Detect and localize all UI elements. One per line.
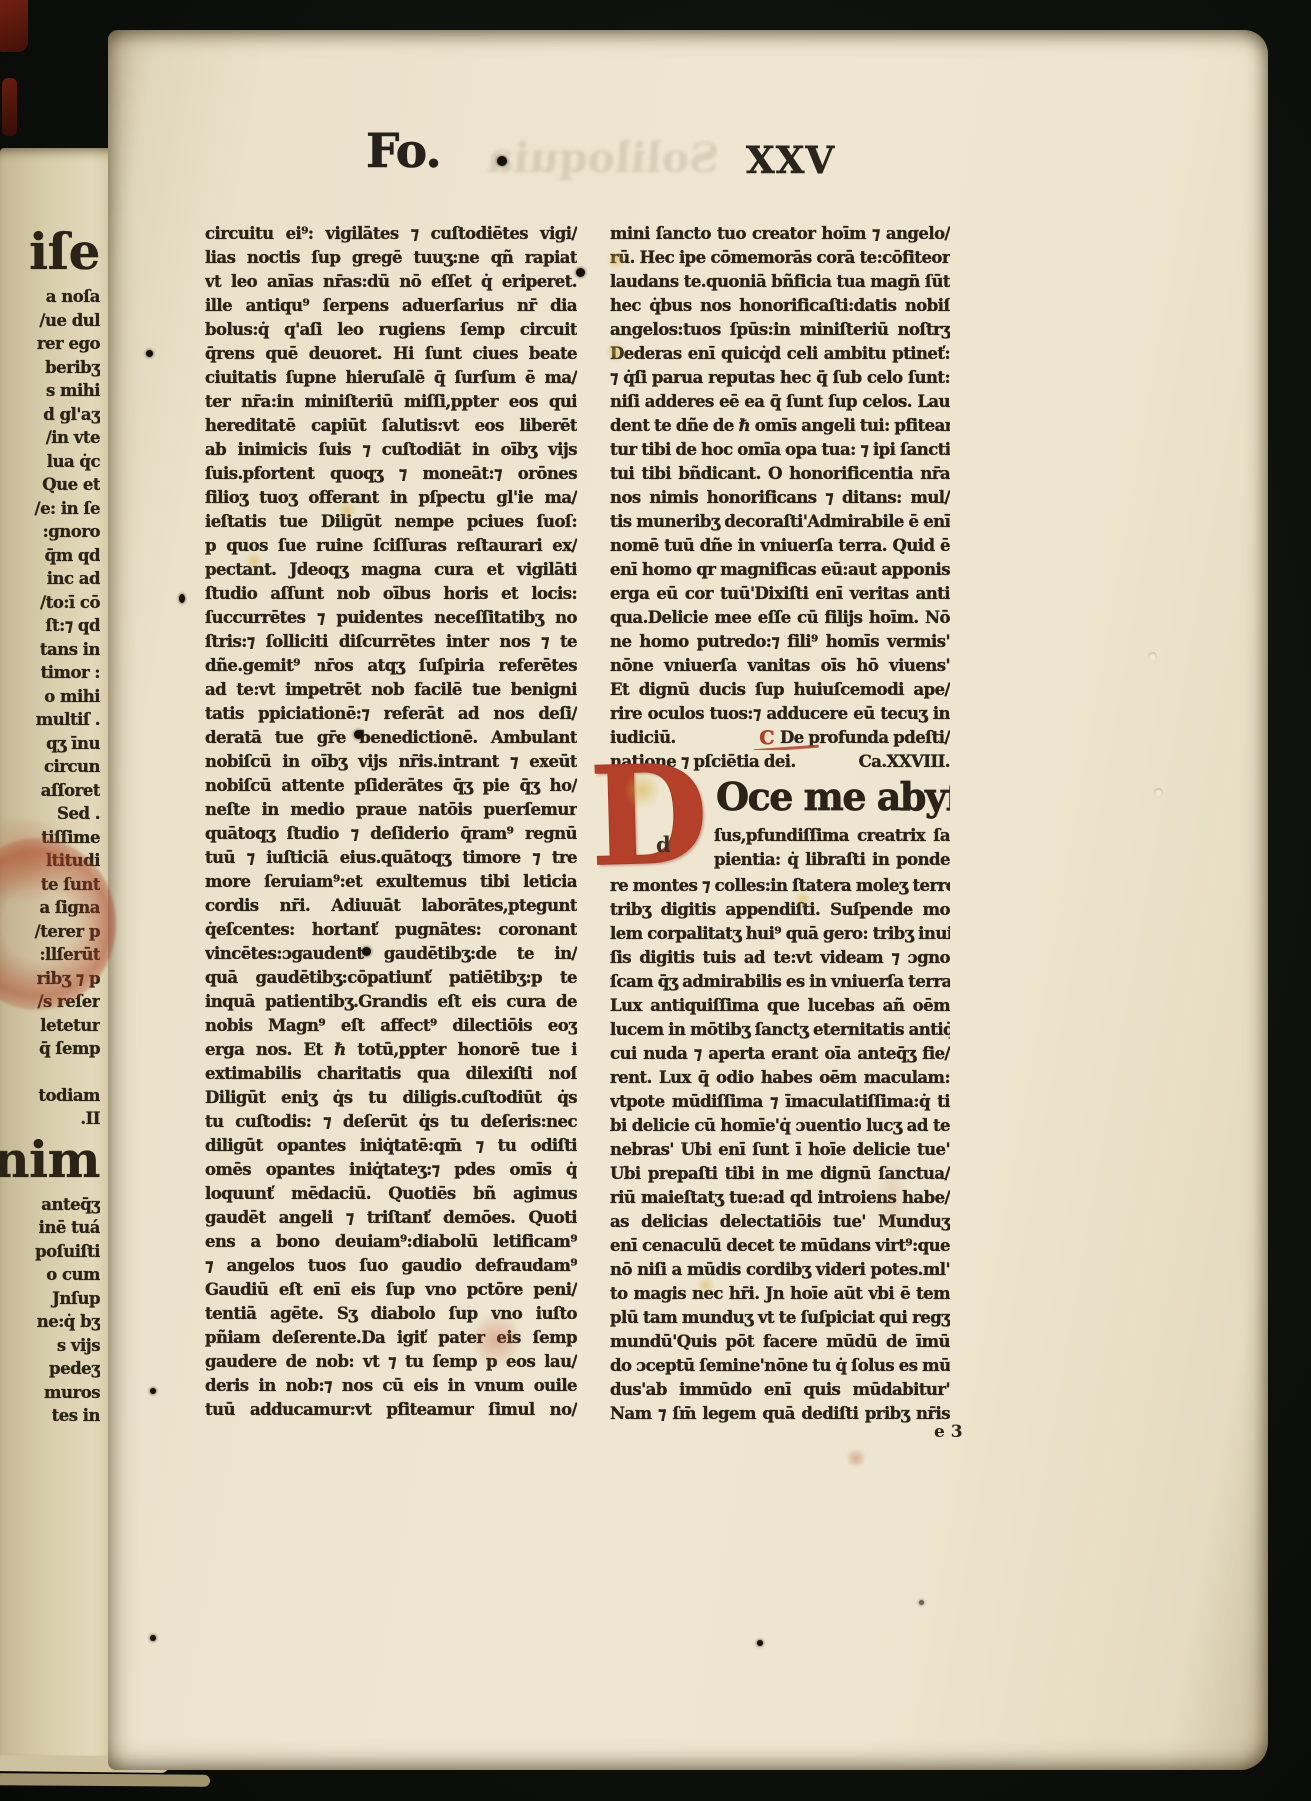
fragment-line: o mihi <box>0 685 100 709</box>
text-line: nō niſi a mūdis cordibʒ videri potes.ml' <box>610 1258 950 1282</box>
text-line: deratā tue gr̄e benedictionē. Ambulant <box>205 726 577 750</box>
text-line: rent. Lux q̄ odio habes oēm maculam: <box>610 1066 950 1090</box>
fragment-line: II. <box>0 1107 100 1131</box>
text-line: deris in nob:⁊ nos cū eis in vnum ouile <box>205 1374 577 1398</box>
yellow-wash-dab <box>246 552 262 570</box>
text-line: tur tibi de hoc omīa opa tua: ⁊ ipi ſanc… <box>610 438 950 462</box>
text-line: rire oculos tuos:⁊ adducere eū tecuʒ in <box>610 702 950 726</box>
text-column-right: mini ſancto tuo creator hoīm ⁊ angelo/rū… <box>610 222 950 1426</box>
text-line: loquunť mēdaciū. Quotiēs bñ agimus <box>205 1182 577 1206</box>
fragment-line: : timor <box>0 661 100 685</box>
text-line: dus'ab immūdo enī quis mūdabitur' <box>610 1378 950 1402</box>
text-line: as delicias delectatiōis tue' Munduʒ <box>610 1210 950 1234</box>
text-line: laudans te.quoniā bñficia tua magn̄ ſūt <box>610 270 950 294</box>
fragment-line: aſſoret <box>0 779 100 803</box>
yellow-wash-dab <box>698 1276 714 1294</box>
text-line: nobiſcū attente pſiderātes q̄ʒ pie q̄ʒ h… <box>205 774 577 798</box>
fragment-lines: anteq̄ʒinē tuápoſuiſtio cumJnſupne:q̇ bʒ… <box>0 1193 100 1428</box>
wormhole <box>150 1388 156 1394</box>
text-line: angelos:tuos ſpūs:in miniſteriū noſtrʒ <box>610 318 950 342</box>
fragment-line: rer ego <box>0 332 100 356</box>
fragment-line: qʒ īnu <box>0 732 100 756</box>
fragment-line: q̄ ſemp <box>0 1037 100 1061</box>
text-line: nomē tuū dñe in vniuerſa terra. Quid ē <box>610 534 950 558</box>
fragment-line: beribʒ <box>0 356 100 380</box>
text-line: ne homo putredo:⁊ fili⁹ homīs vermis' <box>610 630 950 654</box>
text-line: to magis nec hr̄i. Jn hoīe aūt vbi ē tem <box>610 1282 950 1306</box>
wormhole <box>179 594 185 603</box>
paper-pit <box>1154 788 1163 797</box>
text-line: ⁊ q̇ſi parua reputas hec q̄ ſub celo ſun… <box>610 366 950 390</box>
text-line: quātoqʒ ſtudio ⁊ deſiderio q̄ram⁹ regnū <box>205 822 577 846</box>
text-line: Diligūt eniʒ q̇s tu diligis.cuſtodiūt q̇… <box>205 1086 577 1110</box>
text-line: ille antiqu⁹ ſerpens aduerſarius nr̄ dia <box>205 294 577 318</box>
text-line: lucem in mōtibʒ ſanctʒ eternitatis antiq… <box>610 1018 950 1042</box>
fragment-line: pedeʒ <box>0 1357 100 1381</box>
text-line: ſuccurrētes ⁊ puidentes neceſſitatibʒ no <box>205 606 577 630</box>
yellow-wash-dab <box>338 500 356 520</box>
fragment-heading: iſe <box>0 223 100 285</box>
wormhole <box>146 350 153 357</box>
text-line: erga eū cor tuū'Dixiſti enī veritas anti <box>610 582 950 606</box>
text-line: gaudere de nob: vt ⁊ tu ſemp p eos lau/ <box>205 1350 577 1374</box>
text-line: Dederas enī quicq̇d celi ambitu ptineť: <box>610 342 950 366</box>
fragment-line: anteq̄ʒ <box>0 1193 100 1217</box>
text-line: ad te:vt impetrēt nob facilē tue benigni <box>205 678 577 702</box>
fragment-line: ue dul/ <box>0 309 100 333</box>
yellow-wash-dab <box>625 770 659 810</box>
fragment-line: letetur <box>0 1014 100 1038</box>
text-line: ſuis.pfortent quoqʒ ⁊ moneāt:⁊ orōnes <box>205 462 577 486</box>
text-line: qua.Delicie mee eſſe cū filijs hoīm. Nō <box>610 606 950 630</box>
text-line: nos nimis honorificans ⁊ ditans: mul/ <box>610 486 950 510</box>
text-line: Gaudiū eſt enī eis ſup vno pctōre peni/ <box>205 1278 577 1302</box>
text-line: ſis digitis tuis ad te:vt videam ⁊ ɔgno <box>610 946 950 970</box>
book-photo-scene: iſe a noſaue dul/rer egoberibʒs mihid gl… <box>0 0 1311 1801</box>
text-line: ciuitatis ſupne hieruſalē q̄ ſurſum ē ma… <box>205 366 577 390</box>
text-line: p quos ſue ruine ſciſſuras reſtaurari ex… <box>205 534 577 558</box>
paper-pit <box>1148 652 1157 661</box>
text-line: vt leo anīas nr̄as:dū nō eſſet q̇ eriper… <box>205 270 577 294</box>
text-line: ſus,pfundiſſima creatrix ſa <box>714 824 950 848</box>
text-line: quā gaudētibʒ:cōpatiunť patiētibʒ:p te <box>205 966 577 990</box>
text-line: dñe.gemit⁹ nr̄os atqʒ ſuſpiria referētes <box>205 654 577 678</box>
fragment-line: ſt:⁊ qd <box>0 614 100 638</box>
fragment-line: in vte/ <box>0 426 100 450</box>
yellow-wash-dab <box>607 250 625 270</box>
guide-letter: d <box>656 832 671 857</box>
text-line: q̇eſcentes: hortanť pugnātes: coronant <box>205 918 577 942</box>
fragment-line: e: in ſe/ <box>0 497 100 521</box>
text-line: pientia: q̇ libraſti in ponde <box>714 848 950 872</box>
text-line: more ſeruiam⁹:et exultemus tibi leticia <box>205 870 577 894</box>
text-column-left: circuitu ei⁹: vigilātes ⁊ cuſtodiētes vi… <box>205 222 577 1422</box>
text-line: dent te dñe de ℏ omīs angeli tui: pfitea… <box>610 414 950 438</box>
chapter-number: Ca.XXVIII. <box>859 750 950 774</box>
yellow-wash-dab <box>606 342 624 362</box>
text-line: vtpote mūdiſſima ⁊ īmaculatiſſima:q̇ ti <box>610 1090 950 1114</box>
text-line: inquā patientibʒ.Grandis eſt eis cura de <box>205 990 577 1014</box>
text-line: tui tibi bñdicant. O honorificentia nr̄a <box>610 462 950 486</box>
text-line: enī cenaculū decet te mūdans virt⁹:que <box>610 1234 950 1258</box>
text-line: plū tam munduʒ vt te ſuſpiciat qui regʒ <box>610 1306 950 1330</box>
text-line: riū maieſtatʒ tue:ad qd introiens habe/ <box>610 1186 950 1210</box>
text-line: ab inimicis ſuis ⁊ cuſtodiāt in oībʒ vij… <box>205 438 577 462</box>
text-line: ter nr̄a:in miniſteriū miſſi,ppter eos q… <box>205 390 577 414</box>
fragment-line: d gl'aʒ <box>0 403 100 427</box>
fragment-line: to:ī cō/ <box>0 591 100 615</box>
fragment-line: lua q̇c <box>0 450 100 474</box>
text-line: gaudēt angeli ⁊ triſtanť demōes. Quoti <box>205 1206 577 1230</box>
text-line: nobiſcū in oībʒ vijs nr̄is.intrant ⁊ exe… <box>205 750 577 774</box>
text-line: filioʒ tuoʒ offerant in pſpectu gl'ie ma… <box>205 486 577 510</box>
text-line: lem corpalitatʒ hui⁹ quā gero: tribʒ inu… <box>610 922 950 946</box>
fragment-line: circun <box>0 755 100 779</box>
fragment-line: gnoro: <box>0 520 100 544</box>
fragment-gap <box>0 1061 100 1084</box>
fragment-line: terer p/ <box>0 920 100 944</box>
fragment-line: inc ad <box>0 567 100 591</box>
previous-leaf-text-fragments: iſe a noſaue dul/rer egoberibʒs mihid gl… <box>0 223 103 1428</box>
fragment-line: Jnſup <box>0 1287 100 1311</box>
text-line: niſi adderes eē ea q̄ ſunt ſup celos. La… <box>610 390 950 414</box>
fragment-line: q̄m qd <box>0 544 100 568</box>
chapter-initial-block: D d Oce me abyſ ſus,pfundiſſima creatrix… <box>610 774 950 874</box>
fragment-line: todiam <box>0 1084 100 1108</box>
text-line: tentiā agēte. Sʒ diabolo ſup vno iuſto <box>205 1302 577 1326</box>
red-corner-mark <box>2 78 17 136</box>
text-line: omēs opantes iniq̇tateʒ:⁊ pdes omīs q̇ <box>205 1158 577 1182</box>
fragment-line: s vijs <box>0 1334 100 1358</box>
text-line: nebras' Ubi enī ſunt ī hoīe delicie tue' <box>610 1138 950 1162</box>
text-line: tatis ppiciationē:⁊ referāt ad nos deſi/ <box>205 702 577 726</box>
text-line: q̄rens quē deuoret. Hi ſunt ciues beate <box>205 342 577 366</box>
text-line: tis muneribʒ decoraſti'Admirabile ē enī <box>610 510 950 534</box>
fragment-line: a noſa <box>0 285 100 309</box>
fragment-line: o cum <box>0 1263 100 1287</box>
text-line: lias noctis ſup gregē tuuʒ:ne qñ rapiat <box>205 246 577 270</box>
fragment-line: ltitudi <box>0 849 100 873</box>
fragment-line: s mihi <box>0 379 100 403</box>
text-line: ſtris:⁊ ſolliciti diſcurrētes inter nos … <box>205 630 577 654</box>
text-line: bolus:q̇ q'aſi leo rugiens ſemp circuit <box>205 318 577 342</box>
text-line: mundū'Quis pōt facere mūdū de īmū <box>610 1330 950 1354</box>
fragment-line: tes in <box>0 1404 100 1428</box>
wormhole <box>362 947 371 956</box>
right-column-upper-lines: mini ſancto tuo creator hoīm ⁊ angelo/rū… <box>610 222 950 726</box>
fragment-line: ribʒ ⁊ p <box>0 967 100 991</box>
paraph-mark: C <box>759 726 774 750</box>
text-line: extimabilis charitatis qua dilexiſti noſ <box>205 1062 577 1086</box>
fragment-line: muros <box>0 1381 100 1405</box>
fragment-lines: todiamII. <box>0 1084 100 1131</box>
fragment-line: poſuiſti <box>0 1240 100 1264</box>
initial-wrap-lines: ſus,pfundiſſima creatrix ſapientia: q̇ l… <box>714 824 950 872</box>
fragment-lines: a noſaue dul/rer egoberibʒs mihid gl'aʒi… <box>0 285 100 1061</box>
text-line: tuū ⁊ iuſticiā eius.quātoqʒ timore ⁊ tre <box>205 846 577 870</box>
text-line: ens a bono deuiam⁹:diabolū letificam⁹ <box>205 1230 577 1254</box>
text-line: tribʒ digitis appendiſti. Suſpende mo <box>610 898 950 922</box>
fragment-line: Que et <box>0 473 100 497</box>
fragment-line: te ſunt <box>0 873 100 897</box>
fragment-line: s reſer/ <box>0 990 100 1014</box>
text-line: ſtudio aſſunt nob oībus horis et locis: <box>205 582 577 606</box>
text-line: neſte in medio praue natōis puerſemur <box>205 798 577 822</box>
text-line: tuū adducamur:vt pfiteamur ſimul no/ <box>205 1398 577 1422</box>
fragment-line: llſerūt: <box>0 943 100 967</box>
text-line: do ɔceptū ſemine'nōne tu q̇ ſolus es mū <box>610 1354 950 1378</box>
page-stack-edge <box>0 1773 210 1786</box>
text-line: Ubi prepaſti tibi in me dignū ſanctua/ <box>610 1162 950 1186</box>
quire-signature-mark: e 3 <box>934 1422 963 1442</box>
text-line: cui nuda ⁊ aperta erant oīa anteq̄ʒ fie/ <box>610 1042 950 1066</box>
text-line: ſcam q̄ʒ admirabilis es in vniuerſa terr… <box>610 970 950 994</box>
wormhole <box>354 730 363 739</box>
text-line: tu cuſtodis: ⁊ deſerūt q̇s tu deſeris:ne… <box>205 1110 577 1134</box>
wormhole <box>497 156 507 166</box>
text-line: nōne vniuerſa vanitas oīs hō viuens' <box>610 654 950 678</box>
fragment-line: inē tuá <box>0 1216 100 1240</box>
yellow-wash-dab <box>795 890 811 908</box>
text-line: vincētes:ɔgaudent gaudētibʒ:de te in/ <box>205 942 577 966</box>
text-line: erga nos. Et ℏ totū,ppter honorē tue i <box>205 1038 577 1062</box>
text-line: cordis nr̄i. Adiuuāt laborātes,ptegunt <box>205 894 577 918</box>
text-line: bi delicie cū homīe'q̇ ɔuentio lucʒ ad t… <box>610 1114 950 1138</box>
text-line: Nam ⁊ ſm̄ legem quā dediſti pribʒ nr̄is <box>610 1402 950 1426</box>
text-line: Et dignū ducis ſup huiuſcemodi ape/ <box>610 678 950 702</box>
text-line: hec q̇bus nos honorificaſti:datis nobiſ <box>610 294 950 318</box>
text-line: ieſtatis tue Diligūt nempe pciues ſuoſ: <box>205 510 577 534</box>
text-line: pñiam deſerente.Da igiť pater eis ſemp <box>205 1326 577 1350</box>
fragment-heading: nim <box>0 1131 100 1193</box>
text-line: enī homo qr magnificas eū:aut apponis <box>610 558 950 582</box>
folio-label: Fo. <box>366 124 441 179</box>
red-corner-mark <box>0 0 28 52</box>
fragment-line: ne:q̇ bʒ <box>0 1310 100 1334</box>
page-folio-xxv: Fo. Soliloquia XXV circuitu ei⁹: vigilāt… <box>108 30 1268 1770</box>
text-line: rū. Hec ipe cōmemorās corā te:cōfiteor <box>610 246 950 270</box>
wormhole <box>919 1600 924 1605</box>
wormhole <box>757 1640 763 1646</box>
folio-number: XXV <box>746 138 835 182</box>
text-line: hereditatē capiūt ſalutis:vt eos liberēt <box>205 414 577 438</box>
text-line: ⁊ angelos tuos ſuo gaudio defraudam⁹ <box>205 1254 577 1278</box>
text-line: circuitu ei⁹: vigilātes ⁊ cuſtodiētes vi… <box>205 222 577 246</box>
text-line: mini ſancto tuo creator hoīm ⁊ angelo/ <box>610 222 950 246</box>
fragment-line: tiſſime <box>0 826 100 850</box>
chapter-opening-large-text: Oce me abyſ <box>716 774 950 824</box>
fragment-line: a ſigna <box>0 896 100 920</box>
fragment-line: tans in <box>0 638 100 662</box>
wormhole <box>576 268 585 277</box>
text-line: nobis Magn⁹ eſt affect⁹ dilectiōis eoʒ <box>205 1014 577 1038</box>
fragment-line: . Sed <box>0 802 100 826</box>
fragment-line: . multiſ <box>0 708 100 732</box>
wormhole <box>150 1635 156 1641</box>
text-line: Lux antiquiſſima que lucebas añ oēm <box>610 994 950 1018</box>
right-column-lower-lines: re montes ⁊ colles:in ſtatera moleʒ terr… <box>610 874 950 1426</box>
text-line: diligūt opantes iniq̇tatē:qm̄ ⁊ tu odiſt… <box>205 1134 577 1158</box>
